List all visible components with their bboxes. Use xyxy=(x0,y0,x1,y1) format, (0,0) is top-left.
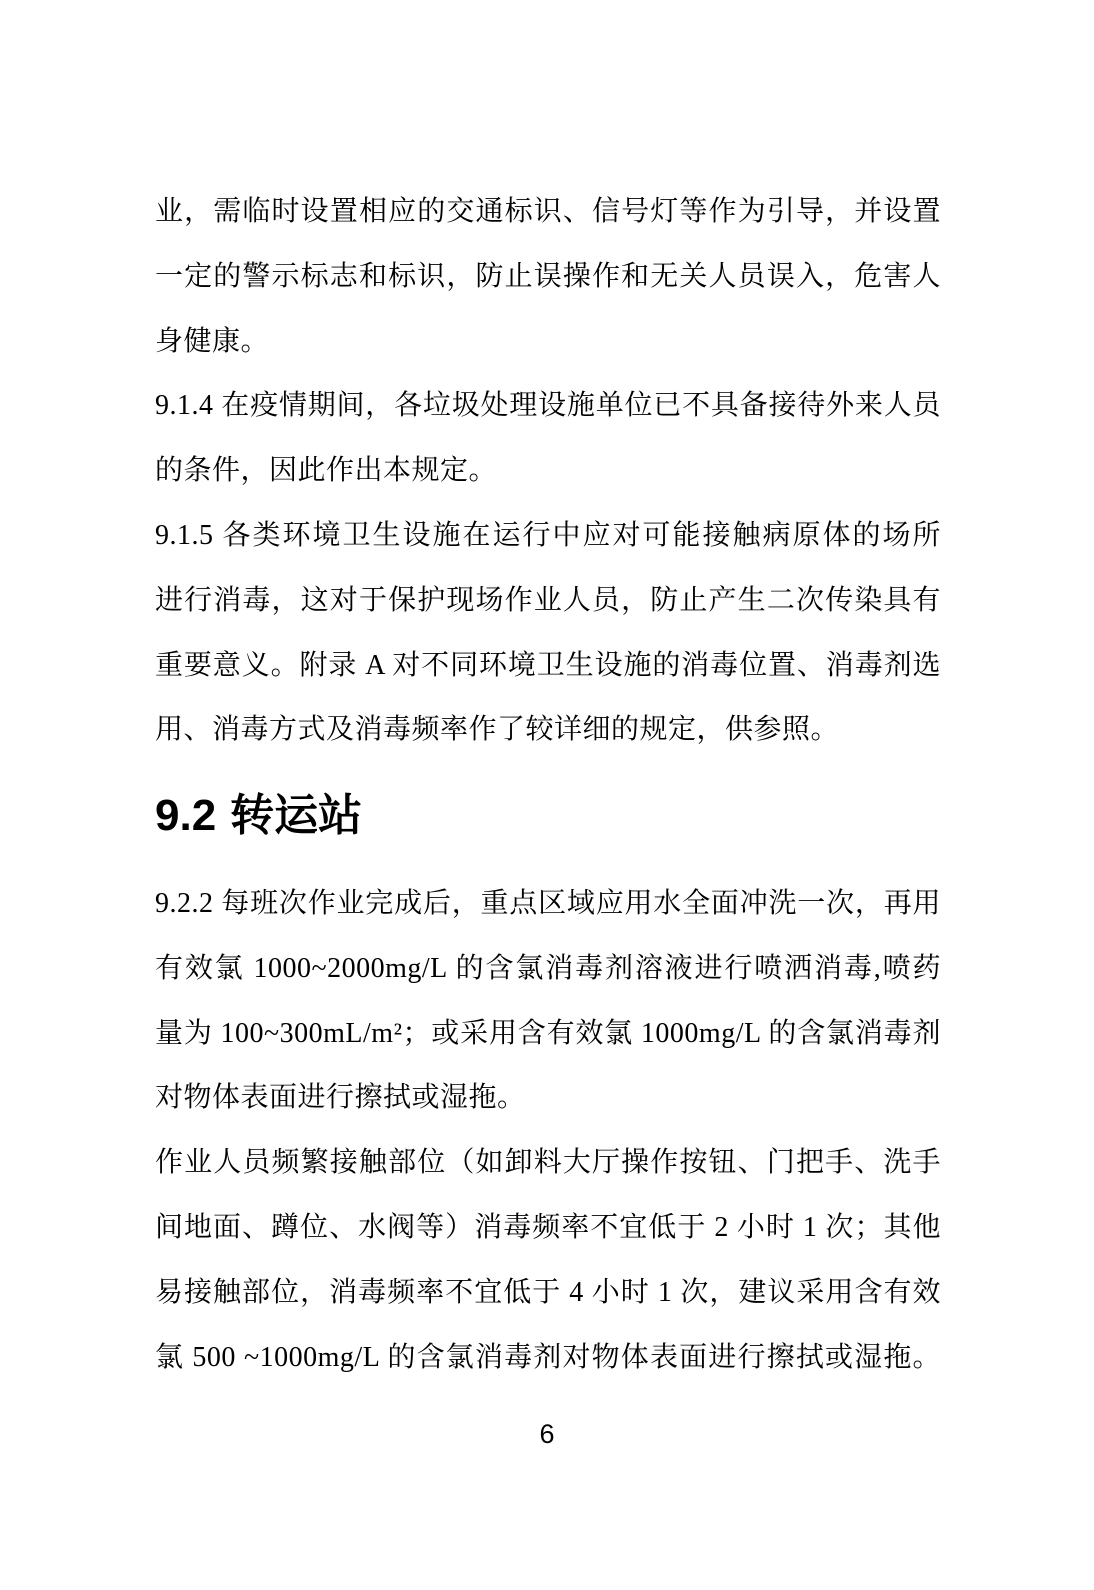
text-line: 易接触部位，消毒频率不宜低于 4 小时 1 次，建议采用含有效 xyxy=(155,1261,941,1326)
text-line: 量为 100~300mL/m²；或采用含有效氯 1000mg/L 的含氯消毒剂 xyxy=(155,1002,941,1067)
body-block-upper: 业，需临时设置相应的交通标识、信号灯等作为引导，并设置 一定的警示标志和标识，防… xyxy=(155,180,941,763)
section-number: 9.2 xyxy=(155,791,216,840)
text-line: 对物体表面进行擦拭或湿拖。 xyxy=(155,1066,941,1131)
text-line: 间地面、蹲位、水阀等）消毒频率不宜低于 2 小时 1 次；其他 xyxy=(155,1196,941,1261)
text-line: 9.1.5 各类环境卫生设施在运行中应对可能接触病原体的场所 xyxy=(155,504,941,569)
text-line: 用、消毒方式及消毒频率作了较详细的规定，供参照。 xyxy=(155,698,941,763)
text-line: 一定的警示标志和标识，防止误操作和无关人员误入，危害人 xyxy=(155,245,941,310)
text-line: 有效氯 1000~2000mg/L 的含氯消毒剂溶液进行喷洒消毒,喷药 xyxy=(155,937,941,1002)
body-block-lower: 9.2.2 每班次作业完成后，重点区域应用水全面冲洗一次，再用 有效氯 1000… xyxy=(155,872,941,1390)
text-line: 9.2.2 每班次作业完成后，重点区域应用水全面冲洗一次，再用 xyxy=(155,872,941,937)
page-number: 6 xyxy=(0,1416,1094,1452)
text-line: 重要意义。附录 A 对不同环境卫生设施的消毒位置、消毒剂选 xyxy=(155,634,941,699)
section-title: 转运站 xyxy=(230,791,362,840)
text-line: 作业人员频繁接触部位（如卸料大厅操作按钮、门把手、洗手 xyxy=(155,1131,941,1196)
text-line: 业，需临时设置相应的交通标识、信号灯等作为引导，并设置 xyxy=(155,180,941,245)
text-line: 氯 500 ~1000mg/L 的含氯消毒剂对物体表面进行擦拭或湿拖。 xyxy=(155,1326,941,1391)
text-line: 身健康。 xyxy=(155,310,941,375)
text-line: 进行消毒，这对于保护现场作业人员，防止产生二次传染具有 xyxy=(155,569,941,634)
text-line: 9.1.4 在疫情期间，各垃圾处理设施单位已不具备接待外来人员 xyxy=(155,374,941,439)
section-heading: 9.2转运站 xyxy=(155,786,941,846)
document-page: 业，需临时设置相应的交通标识、信号灯等作为引导，并设置 一定的警示标志和标识，防… xyxy=(0,0,1094,1590)
text-line: 的条件，因此作出本规定。 xyxy=(155,439,941,504)
